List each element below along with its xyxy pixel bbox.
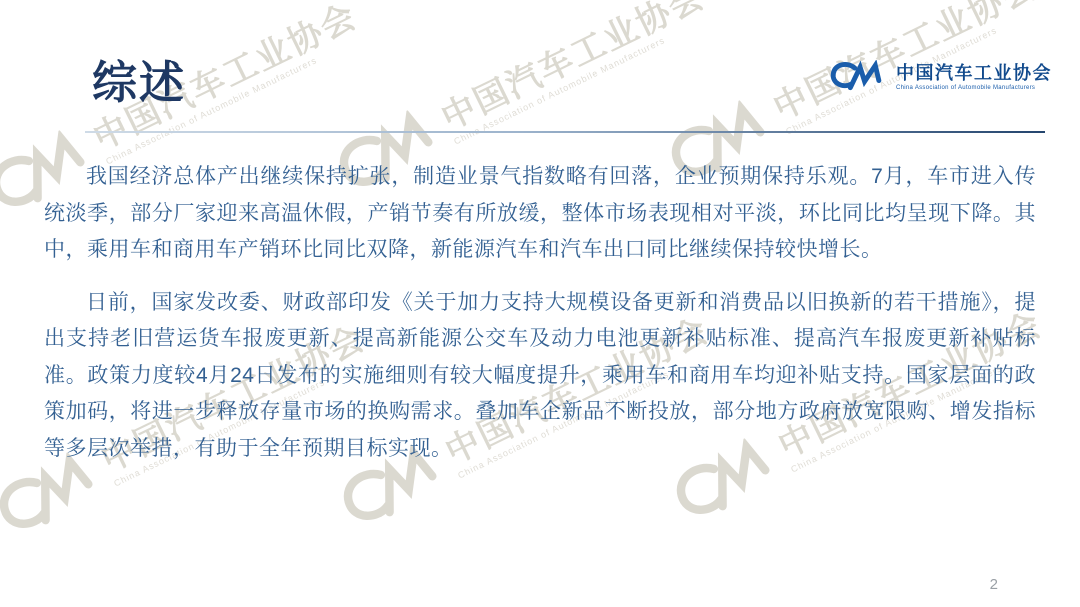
logo-org-name-en: China Association of Automobile Manufact… [896,85,1052,91]
logo-org-name-cn: 中国汽车工业协会 [896,64,1052,82]
page-number: 2 [990,576,998,593]
summary-paragraph-2: 日前，国家发改委、财政部印发《关于加力支持大规模设备更新和消费品以旧换新的若干措… [44,285,1036,468]
summary-paragraph-1: 我国经济总体产出继续保持扩张，制造业景气指数略有回落，企业预期保持乐观。7月，车… [44,159,1036,269]
cm-logo-icon [828,60,886,94]
slide-content: 中国汽车工业协会 China Association of Automobile… [0,46,1080,467]
caam-logo: 中国汽车工业协会 China Association of Automobile… [828,60,1052,94]
summary-text: 我国经济总体产出继续保持扩张，制造业景气指数略有回落，企业预期保持乐观。7月，车… [44,159,1036,467]
title-divider [85,131,1045,133]
slide: 中国汽车工业协会 China Association of Automobile… [0,0,1080,607]
